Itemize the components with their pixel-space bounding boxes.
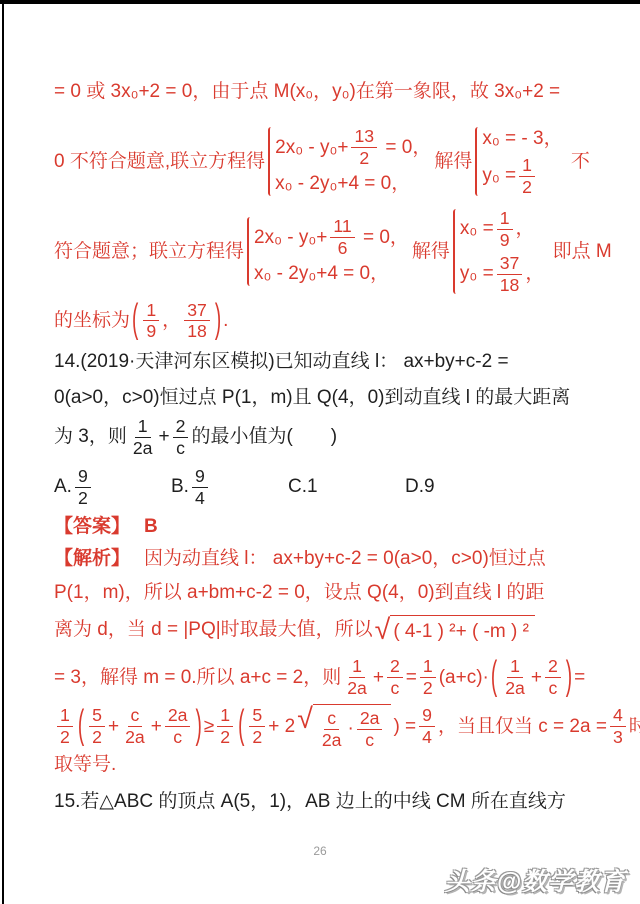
denominator: 2a [502,678,528,698]
numerator: 1 [349,657,365,678]
numerator: 9 [419,706,435,727]
fraction: 12 [420,657,436,697]
option-label: A. [54,475,72,499]
fraction: 12a [344,657,370,697]
text-run: ， [516,217,535,241]
numerator: 2 [387,657,403,678]
fraction: 19 [497,209,513,249]
equation: 2x₀ - y₀+116 = 0， [254,217,409,257]
solution-line-3: 符合题意；联立方程得2x₀ - y₀+116 = 0，x₀ - 2y₀+4 = … [54,208,616,296]
radicand: ( 4-1 ) ²+ ( -m ) ² [390,615,535,644]
denominator: c [387,678,402,698]
radicand: c2a·2ac [313,704,392,749]
solution-line-4: 的坐标为(19，3718). [54,298,616,344]
analysis-tag: 【解析】 [54,547,130,571]
denominator: 2 [519,177,535,197]
equation: x₀ =19， [460,209,535,249]
fraction: c2a [122,706,148,746]
numerator: c [128,706,143,727]
text-run: 为 3，则 [54,425,127,449]
text-run: + [531,666,542,690]
fraction: 12 [519,156,535,196]
text-run: = 0， [380,136,431,160]
analysis-line-5: 12(52+c2a+2ac)≥12(52+ 2√c2a·2ac) =94，当且仅… [54,703,616,751]
text-run: ，当且仅当 c = 2a = [438,715,607,739]
equation-system: x₀ =19，y₀ =3718， [453,209,544,294]
fraction: 2c [387,657,403,697]
question14-line-1: 14.(2019·天津河东区模拟)已知动直线 l： ax+by+c-2 = [54,350,616,374]
options-row: A.92 B.94 C.1 D.9 [54,465,616,509]
left-paren: ( [238,702,244,752]
text-run: = [574,666,585,690]
text-run: 的最小值为( ) [191,425,337,449]
answer-value: B [144,515,158,539]
watermark: 头条@数学教育 [445,862,626,898]
fraction: 2ac [357,709,383,749]
text-run: + [151,715,162,739]
denominator: 18 [184,321,210,341]
numerator: 2 [173,417,189,438]
square-root: √( 4-1 ) ²+ ( -m ) ² [375,615,535,644]
denominator: 2a [319,730,345,750]
fraction: 43 [610,706,626,746]
fraction: 2ac [165,706,191,746]
numerator: 9 [75,467,91,488]
fraction: 19 [143,301,159,341]
numerator: 1 [507,657,523,678]
fraction: 12 [57,706,73,746]
analysis-line-1: 【解析】因为动直线 l： ax+by+c-2 = 0(a>0，c>0)恒过点 [54,547,616,571]
denominator: 2 [89,727,105,747]
option-a: A.92 [54,467,171,507]
text-run: + [373,666,384,690]
equation: x₀ = - 3， [482,127,562,151]
text-run: · [347,717,353,741]
text-run: 解得 [434,150,472,174]
page-number: 26 [0,844,640,858]
radical-icon: √ [297,707,313,731]
fraction: 92 [75,467,91,507]
fraction: 132 [351,127,377,167]
fraction: 2c [545,657,561,697]
equation-system: 2x₀ - y₀+132 = 0，x₀ - 2y₀+4 = 0， [268,127,431,196]
option-d: D.9 [405,475,435,499]
text-run: (a+c)· [439,666,489,690]
solution-line-1: = 0 或 3x₀+2 = 0，由于点 M(x₀，y₀)在第一象限，故 3x₀+… [54,80,616,104]
option-label: B. [171,475,189,499]
question14-line-3: 为 3，则12a+2c的最小值为( ) [54,415,616,459]
denominator: c [545,678,560,698]
denominator: c [362,730,377,750]
text-run: ， [162,309,181,333]
left-paren: ( [78,702,84,752]
denominator: 2a [130,438,156,458]
document-page: = 0 或 3x₀+2 = 0，由于点 M(x₀，y₀)在第一象限，故 3x₀+… [0,0,640,904]
numerator: 9 [192,467,208,488]
text-run: + 2 [268,715,295,739]
analysis-line-3: 离为 d，当 d = |PQ|时取最大值，所以√( 4-1 ) ²+ ( -m … [54,609,616,651]
denominator: 2a [122,727,148,747]
numerator: 11 [330,217,354,238]
text-run: ≥ [204,715,214,739]
denominator: 6 [335,238,351,258]
text-run: = 3，解得 m = 0.所以 a+c = 2，则 [54,666,341,690]
analysis-line-2: P(1，m)，所以 a+bm+c-2 = 0，设点 Q(4，0)到直线 l 的距 [54,581,616,605]
denominator: 2 [75,488,91,508]
right-paren: ) [566,653,572,703]
text-run: = [406,666,417,690]
denominator: 2 [356,148,372,168]
text-run: = 0， [358,226,409,250]
text-run: + [108,715,119,739]
text-run: 2x₀ - y₀+ [254,226,327,250]
numerator: 4 [610,706,626,727]
option-b: B.94 [171,467,288,507]
text-run: . [223,309,228,333]
left-paren: ( [491,653,497,703]
text-run: + [159,425,170,449]
text-run: ) = [393,715,416,739]
denominator: 18 [497,275,523,295]
denominator: 2a [344,678,370,698]
text-run: x₀ = [460,217,494,241]
numerator: c [324,709,339,730]
numerator: 1 [497,209,513,230]
text-run: ， [525,262,544,286]
left-paren: ( [132,296,138,346]
numerator: 1 [143,301,159,322]
equation: x₀ - 2y₀+4 = 0， [254,262,389,286]
denominator: 9 [143,321,159,341]
question14-line-2: 0(a>0，c>0)恒过点 P(1，m)且 Q(4，0)到动直线 l 的最大距离 [54,386,616,410]
fraction: 52 [249,706,265,746]
solution-line-2: 0 不符合题意,联立方程得2x₀ - y₀+132 = 0，x₀ - 2y₀+4… [54,120,616,204]
text-run: y₀ = [460,262,494,286]
numerator: 2a [357,709,383,730]
numerator: 1 [217,706,233,727]
denominator: 3 [610,727,626,747]
numerator: 1 [135,417,151,438]
denominator: c [170,727,185,747]
fraction: 116 [330,217,354,257]
text-run: 因为动直线 l： ax+by+c-2 = 0(a>0，c>0)恒过点 [144,547,546,571]
numerator: 2 [545,657,561,678]
numerator: 37 [184,301,210,322]
right-paren: ) [195,702,201,752]
text-run: 0 不符合题意,联立方程得 [54,150,265,174]
analysis-line-4: = 3，解得 m = 0.所以 a+c = 2，则12a+2c=12(a+c)·… [54,655,616,701]
option-c: C.1 [288,475,405,499]
analysis-line-6: 取等号. [54,753,616,777]
radical-icon: √ [375,618,391,642]
equation-system: x₀ = - 3，y₀ =12 [475,127,562,196]
fraction: 3718 [497,254,523,294]
numerator: 1 [420,657,436,678]
fraction: 94 [419,706,435,746]
denominator: 2 [217,727,233,747]
fraction: 12a [502,657,528,697]
text-run: 符合题意；联立方程得 [54,240,244,264]
fraction: 12 [217,706,233,746]
equation: x₀ - 2y₀+4 = 0， [275,172,410,196]
denominator: 4 [192,488,208,508]
equation-system: 2x₀ - y₀+116 = 0，x₀ - 2y₀+4 = 0， [247,217,409,286]
right-paren: ) [215,296,221,346]
fraction: 94 [192,467,208,507]
answer-row: 【答案】B [54,515,616,539]
numerator: 37 [497,254,523,275]
numerator: 1 [57,706,73,727]
fraction: 3718 [184,301,210,341]
text-run: 2x₀ - y₀+ [275,136,348,160]
fraction: c2a [319,709,345,749]
denominator: 4 [419,727,435,747]
denominator: 2 [420,678,436,698]
equation: y₀ =12 [482,156,538,196]
denominator: c [173,438,188,458]
fraction: 52 [89,706,105,746]
text-run: 不 [566,150,590,174]
text-run: y₀ = [482,164,516,188]
equation: y₀ =3718， [460,254,544,294]
numerator: 1 [519,156,535,177]
text-run: 的坐标为 [54,309,130,333]
answer-tag: 【答案】 [54,515,130,539]
text-run: 即点 M [547,240,611,264]
denominator: 9 [497,230,513,250]
numerator: 5 [89,706,105,727]
question15-line-1: 15.若△ABC 的顶点 A(5，1)，AB 边上的中线 CM 所在直线方 [54,790,616,814]
numerator: 5 [249,706,265,727]
numerator: 2a [165,706,191,727]
denominator: 2 [57,727,73,747]
text-run: 时 [629,715,640,739]
numerator: 13 [351,127,377,148]
square-root: √c2a·2ac [297,704,391,749]
fraction: 2c [173,417,189,457]
fraction: 12a [130,417,156,457]
equation: 2x₀ - y₀+132 = 0， [275,127,431,167]
denominator: 2 [249,727,265,747]
text-run: 解得 [412,240,450,264]
text-run: 离为 d，当 d = |PQ|时取最大值，所以 [54,618,373,642]
